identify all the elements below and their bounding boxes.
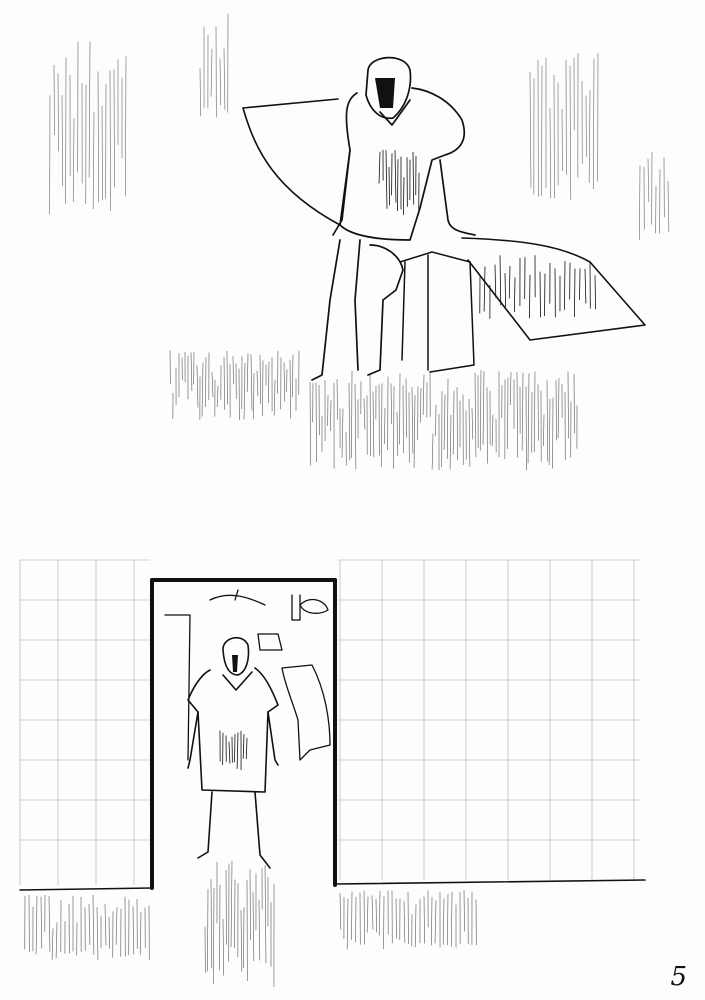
top-background-hatching — [50, 14, 669, 240]
box — [400, 252, 474, 372]
tiled-wall — [20, 560, 640, 885]
left-sheet — [243, 99, 340, 225]
top-floor-hatching — [170, 350, 577, 470]
back-room-details — [165, 590, 330, 760]
sketch-drawing — [0, 0, 705, 1000]
standing-figure-shading — [220, 731, 247, 770]
standing-figure — [188, 638, 278, 868]
sketch-page: 5 — [0, 0, 705, 1000]
bottom-floor-hatching — [25, 861, 477, 986]
seated-figure — [312, 58, 475, 380]
page-number: 5 — [670, 962, 687, 992]
doorway — [152, 580, 335, 888]
floor-lines — [20, 880, 645, 890]
right-sheet — [462, 238, 645, 340]
